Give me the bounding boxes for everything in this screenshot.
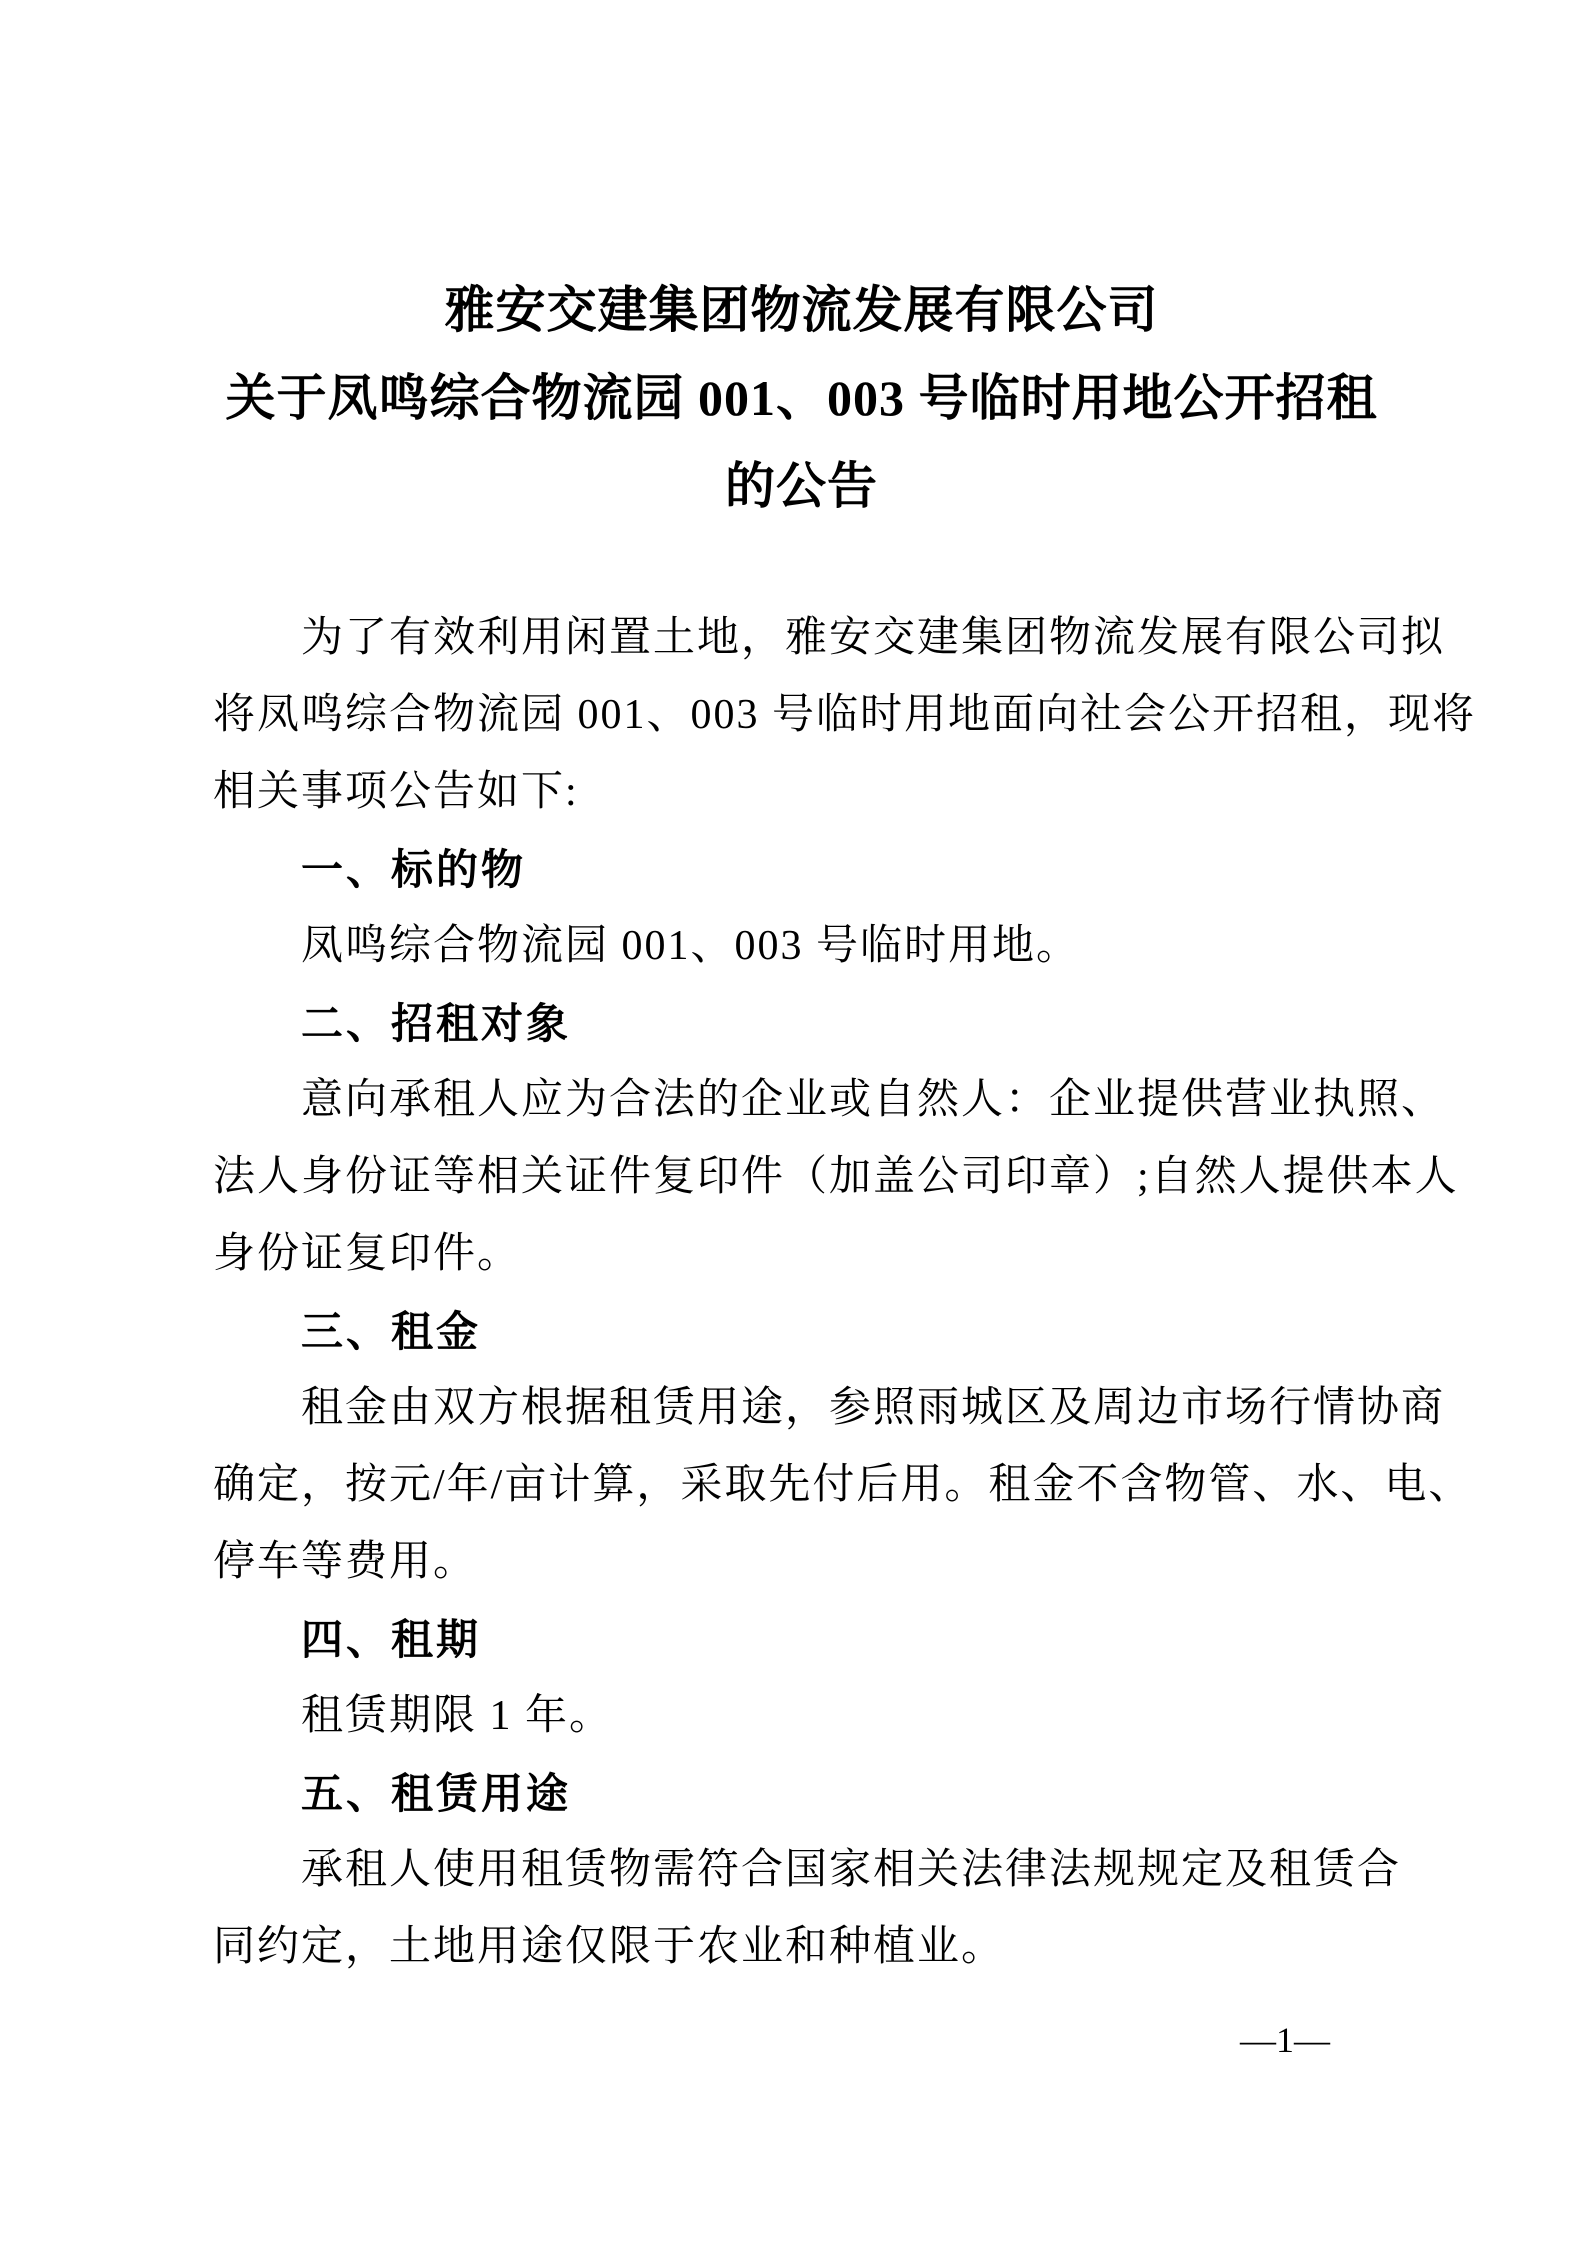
document-line: 法人身份证等相关证件复印件（加盖公司印章）;自然人提供本人 <box>213 1139 1390 1216</box>
document-line: 凤鸣综合物流园 001、003 号临时用地。 <box>213 908 1390 985</box>
document-title: 雅安交建集团物流发展有限公司 关于凤鸣综合物流园 001、003 号临时用地公开… <box>0 266 1587 530</box>
document-line: 确定，按元/年/亩计算，采取先付后用。租金不含物管、水、电、 <box>213 1447 1390 1524</box>
title-line: 的公告 <box>213 442 1390 530</box>
section-heading: 五、租赁用途 <box>213 1755 1390 1832</box>
section-heading: 二、招租对象 <box>213 985 1390 1062</box>
page-number: —1— <box>1240 2018 1330 2062</box>
document-body: 为了有效利用闲置土地，雅安交建集团物流发展有限公司拟将凤鸣综合物流园 001、0… <box>0 600 1587 1986</box>
document-page: 雅安交建集团物流发展有限公司 关于凤鸣综合物流园 001、003 号临时用地公开… <box>0 0 1587 2245</box>
document-line: 意向承租人应为合法的企业或自然人：企业提供营业执照、 <box>213 1062 1390 1139</box>
document-line: 停车等费用。 <box>213 1524 1390 1601</box>
section-heading: 一、标的物 <box>213 831 1390 908</box>
title-line: 雅安交建集团物流发展有限公司 <box>213 266 1390 354</box>
document-line: 将凤鸣综合物流园 001、003 号临时用地面向社会公开招租，现将 <box>213 677 1390 754</box>
section-heading: 三、租金 <box>213 1293 1390 1370</box>
document-line: 承租人使用租赁物需符合国家相关法律法规规定及租赁合 <box>213 1832 1390 1909</box>
document-line: 同约定，土地用途仅限于农业和种植业。 <box>213 1909 1390 1986</box>
document-line: 相关事项公告如下: <box>213 754 1390 831</box>
section-heading: 四、租期 <box>213 1601 1390 1678</box>
title-line: 关于凤鸣综合物流园 001、003 号临时用地公开招租 <box>213 354 1390 442</box>
document-line: 租赁期限 1 年。 <box>213 1678 1390 1755</box>
document-line: 租金由双方根据租赁用途，参照雨城区及周边市场行情协商 <box>213 1370 1390 1447</box>
document-line: 为了有效利用闲置土地，雅安交建集团物流发展有限公司拟 <box>213 600 1390 677</box>
document-line: 身份证复印件。 <box>213 1216 1390 1293</box>
